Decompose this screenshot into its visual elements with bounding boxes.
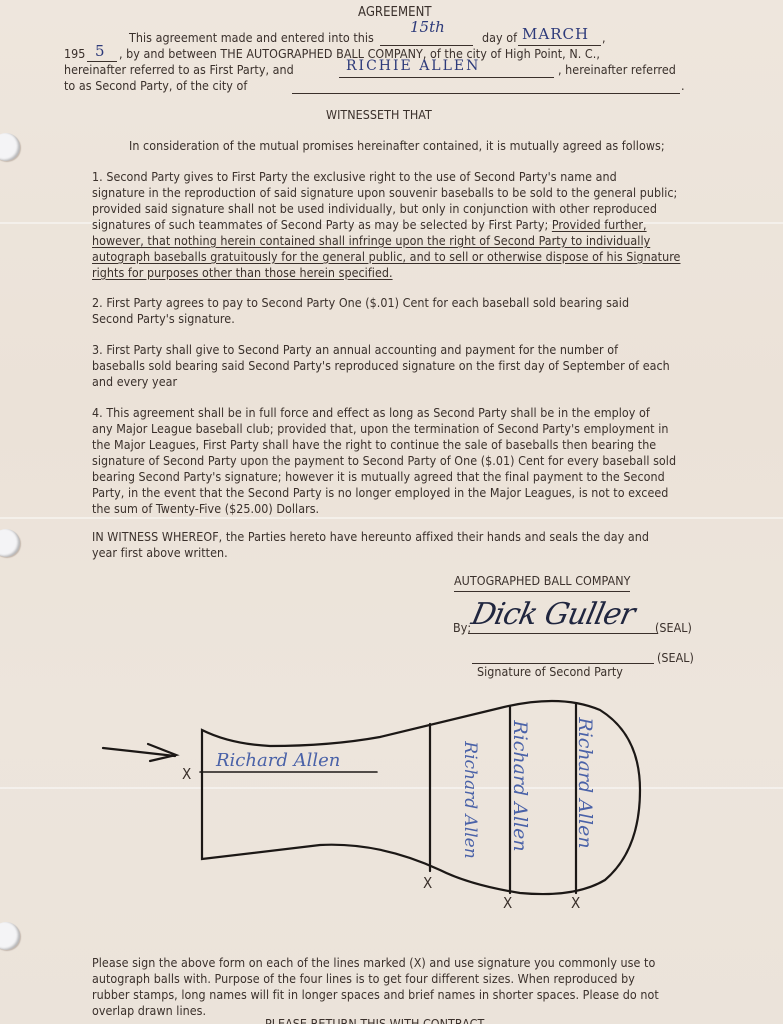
sign-marker-x: X (571, 895, 580, 911)
player-signature: Richard Allen (216, 750, 340, 771)
sign-marker-x: X (182, 766, 191, 782)
bat-diagram (0, 0, 783, 1024)
player-signature: Richard Allen (574, 708, 596, 858)
instructions-line: overlap drawn lines. (92, 1003, 206, 1019)
footer-note: PLEASE RETURN THIS WITH CONTRACT (265, 1016, 484, 1024)
sign-marker-x: X (503, 895, 512, 911)
sign-marker-x: X (423, 875, 432, 891)
contract-page: AGREEMENT This agreement made and entere… (0, 0, 783, 1024)
player-signature: Richard Allen (509, 711, 531, 861)
instructions-line: rubber stamps, long names will fit in lo… (92, 987, 659, 1003)
instructions-line: Please sign the above form on each of th… (92, 955, 655, 971)
player-signature: Richard Allen (460, 720, 480, 880)
instructions-line: autograph balls with. Purpose of the fou… (92, 971, 635, 987)
